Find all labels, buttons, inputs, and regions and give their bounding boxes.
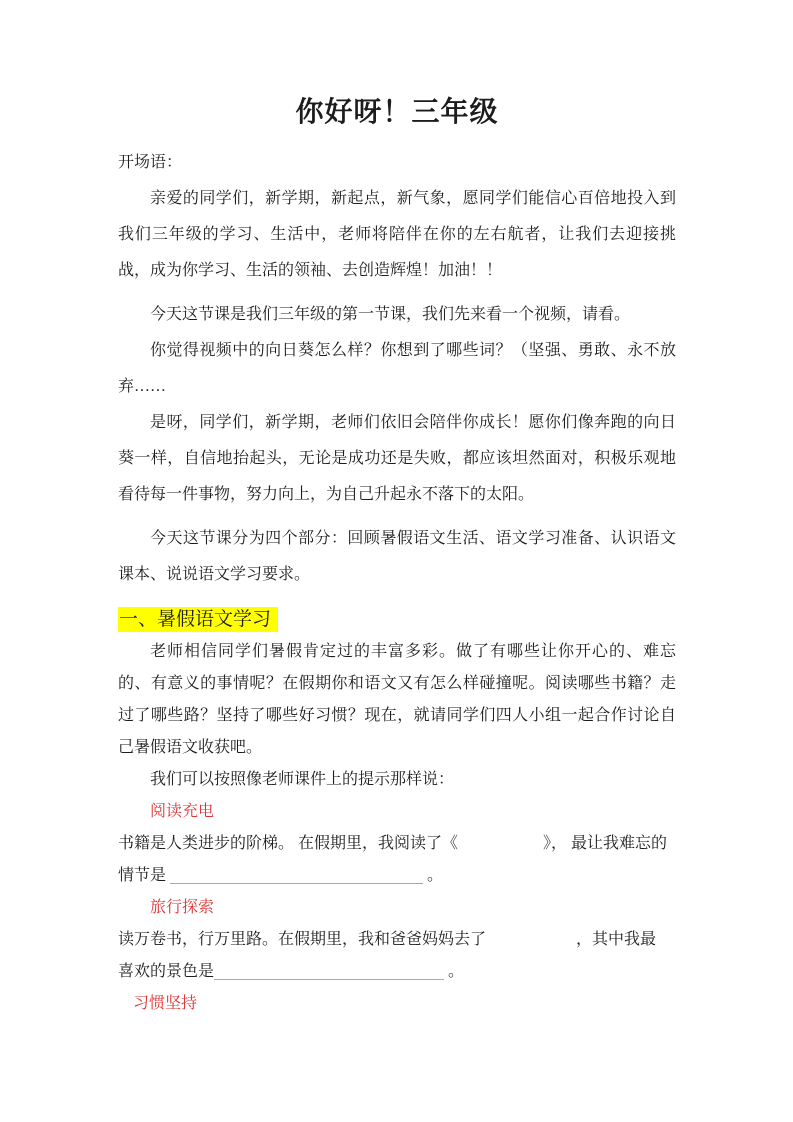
plot-blank-underline[interactable] (170, 863, 423, 884)
paragraph-lesson-parts: 今天这节课分为四个部分：回顾暑假语文生活、语文学习准备、认识语文课本、说说语文学… (118, 521, 676, 593)
document-page: 你好呀！三年级 开场语： 亲爱的同学们，新学期，新起点，新气象，愿同学们能信心百… (0, 0, 793, 1122)
travel-fill-line-2: 喜欢的景色是 。 (118, 956, 676, 988)
reading-line1-pre: 书籍是人类进步的阶梯。 在假期里，我阅读了《 (118, 835, 458, 852)
reading-fill-line-1: 书籍是人类进步的阶梯。 在假期里，我阅读了《》， 最让我难忘的 (118, 828, 676, 860)
subheading-habit-keep: 习惯坚持 (133, 988, 676, 1020)
paragraph-opening: 亲爱的同学们，新学期，新起点，新气象，愿同学们能信心百倍地投入到我们三年级的学习… (118, 181, 676, 289)
highlight-mark: 一、暑假语文学习 (118, 607, 278, 632)
paragraph-video-question: 你觉得视频中的向日葵怎么样？你想到了哪些词？（坚强、勇敢、永不放弃…… (118, 333, 676, 405)
page-title: 你好呀！三年级 (118, 98, 676, 128)
reading-line1-post: 》， 最让我难忘的 (543, 835, 667, 852)
scene-blank-underline[interactable] (214, 959, 444, 980)
reading-fill-line-2: 情节是 。 (118, 860, 676, 892)
paragraph-courseware-hint: 我们可以按照像老师课件上的提示那样说： (118, 764, 676, 796)
paragraph-video-intro: 今天这节课是我们三年级的第一节课，我们先来看一个视频，请看。 (118, 297, 676, 333)
opening-label: 开场语： (118, 145, 676, 181)
travel-line1-post: ，其中我最 (576, 931, 656, 948)
travel-fill-line-1: 读万卷书，行万里路。在假期里，我和爸爸妈妈去了，其中我最 (118, 924, 676, 956)
subheading-reading-recharge: 阅读充电 (150, 796, 676, 828)
travel-line2-pre: 喜欢的景色是 (118, 963, 214, 980)
paragraph-encourage: 是呀，同学们，新学期，老师们依旧会陪伴你成长！愿你们像奔跑的向日葵一样，自信地抬… (118, 405, 676, 513)
reading-line2-pre: 情节是 (118, 867, 170, 884)
section-heading-summer-chinese: 一、暑假语文学习 (118, 604, 676, 636)
paragraph-summer-recall: 老师相信同学们暑假肯定过的丰富多彩。做了有哪些让你开心的、难忘的、有意义的事情呢… (118, 636, 676, 764)
subheading-travel-explore: 旅行探索 (150, 892, 676, 924)
travel-line2-end: 。 (444, 963, 464, 980)
reading-line2-end: 。 (423, 867, 443, 884)
travel-line1-pre: 读万卷书，行万里路。在假期里，我和爸爸妈妈去了 (118, 931, 486, 948)
